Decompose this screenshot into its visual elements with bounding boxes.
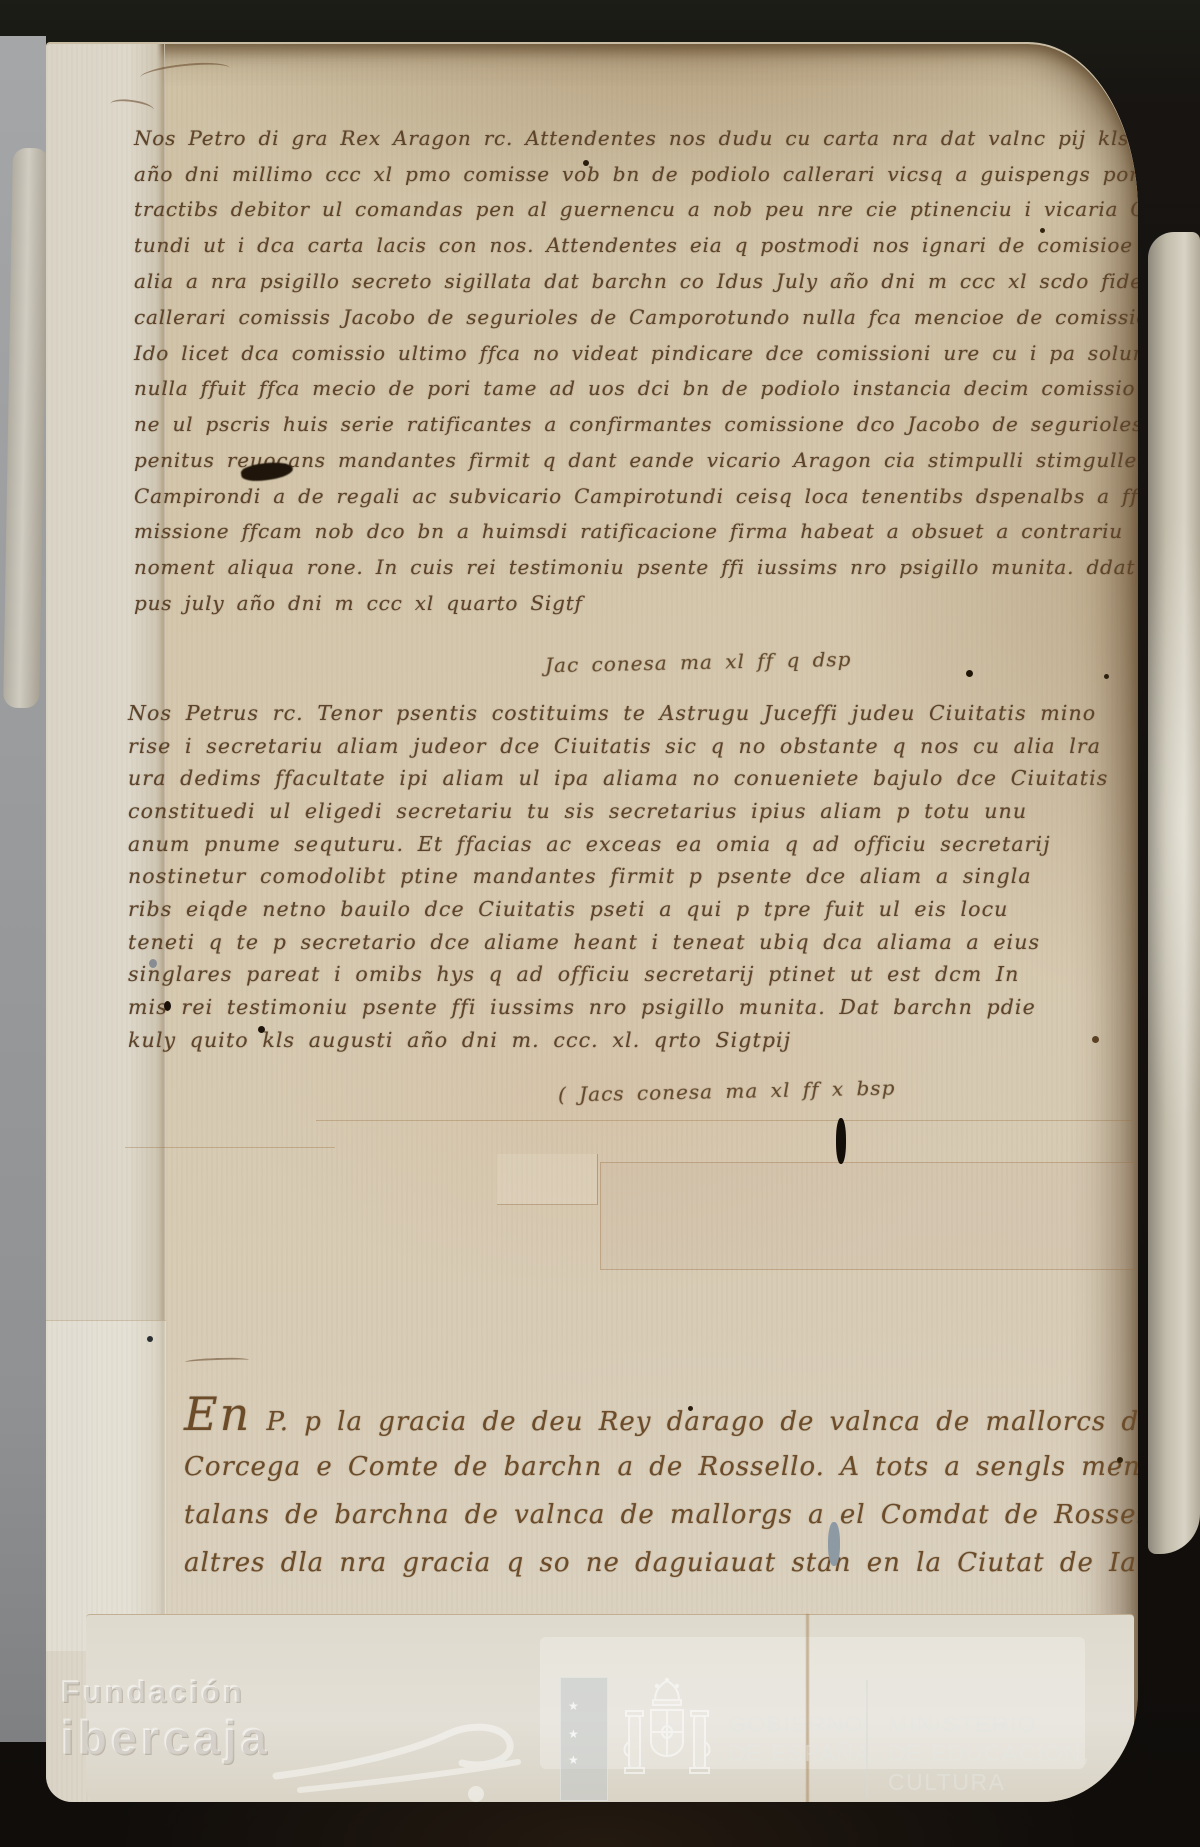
ministry-name-line2: DE EDUCACIÓN, CULTURA xyxy=(888,1739,1138,1797)
manuscript-line: altres dla nra gracia q so ne daguiauat … xyxy=(184,1548,1138,1578)
manuscript-line: tractibs debitor ul comandas pen al guer… xyxy=(134,197,1138,221)
patch-seam xyxy=(316,1120,1132,1121)
manuscript-line: constituedi ul eligedi secretariu tu sis… xyxy=(128,799,1027,823)
manuscript-line: Campirondi a de regali ac subvicario Cam… xyxy=(134,484,1138,508)
eu-star-icon: ★ xyxy=(568,1727,579,1741)
manuscript-line: singlares pareat i omibs hys q ad offici… xyxy=(128,962,1019,986)
government-name: GOBIERNO DE ESPAÑA xyxy=(728,1710,871,1768)
watermark-divider xyxy=(866,1680,868,1798)
ministry-name: MINISTERIO DE EDUCACIÓN, CULTURA Y DEPOR… xyxy=(888,1710,1138,1802)
patch-seam xyxy=(600,1162,1133,1270)
manuscript-line: teneti q te p secretario dce aliame hean… xyxy=(128,930,1040,954)
ink-spot xyxy=(688,1406,693,1411)
manuscript-line: pus july año dni m ccc xl quarto Sigtf xyxy=(134,591,583,615)
wormhole xyxy=(149,959,157,968)
manuscript-line: ne ul pscris huis serie ratificantes a c… xyxy=(134,412,1138,436)
manuscript-line: Nos Petro di gra Rex Aragon rc. Attenden… xyxy=(134,126,1138,150)
manuscript-line: mis rei testimoniu psente ffi iussims nr… xyxy=(128,995,1036,1019)
manuscript-line: alia a nra psigillo secreto sigillata da… xyxy=(134,269,1138,293)
manuscript-line: En P. p la gracia de deu Rey darago de v… xyxy=(184,1404,1138,1437)
manuscript-line: nostinetur comodolibt ptine mandantes fi… xyxy=(128,864,1032,888)
manuscript-line: rise i secretariu aliam judeor dce Ciuit… xyxy=(128,734,1101,758)
manuscript-line: ribs eiqde netno bauilo dce Ciuitatis ps… xyxy=(128,897,1008,921)
eu-star-icon: ★ xyxy=(568,1699,579,1713)
ministry-name-line1: MINISTERIO xyxy=(888,1710,1138,1739)
manuscript-line: missione ffcam nob dco bn a huimsdi rati… xyxy=(134,519,1123,543)
manuscript-line: nulla ffuit ffca mecio de pori tame ad u… xyxy=(134,376,1135,400)
manuscript-line: kuly quito kls augusti año dni m. ccc. x… xyxy=(128,1028,791,1052)
ink-spot xyxy=(258,1026,265,1033)
illuminated-initial: En xyxy=(184,1387,251,1441)
manuscript-line: talans de barchna de valnca de mallorgs … xyxy=(184,1500,1138,1530)
ink-drip xyxy=(828,1522,840,1566)
eu-star-icon: ★ xyxy=(568,1753,579,1767)
government-name-line2: DE ESPAÑA xyxy=(728,1739,871,1768)
ink-spot xyxy=(164,1001,171,1011)
government-name-line1: GOBIERNO xyxy=(728,1710,871,1739)
ink-spot xyxy=(1040,228,1045,233)
spain-coat-of-arms-icon xyxy=(621,1676,713,1798)
wormhole xyxy=(147,1336,153,1342)
manuscript-line: Corcega e Comte de barchn a de Rossello.… xyxy=(184,1452,1138,1482)
manuscript-line: año dni millimo ccc xl pmo comisse vob b… xyxy=(134,162,1138,186)
manuscript-line: Ido licet dca comissio ultimo ffca no vi… xyxy=(134,341,1138,365)
next-folio-edge xyxy=(1148,232,1200,1554)
manuscript-page: Nos Petro di gra Rex Aragon rc. Attenden… xyxy=(46,42,1138,1802)
ink-spot xyxy=(1104,674,1109,679)
watermark-foundation-name: Fundación xyxy=(61,1674,245,1710)
ministry-name-line3: Y DEPORTE xyxy=(888,1797,1138,1802)
manuscript-line: callerari comissis Jacobo de segurioles … xyxy=(134,305,1138,329)
paper-crease xyxy=(806,1614,809,1802)
ink-spot xyxy=(966,670,973,677)
patch-seam xyxy=(125,1147,335,1148)
ink-drip xyxy=(836,1118,846,1164)
ibercaja-swoosh-icon xyxy=(270,1706,530,1802)
manuscript-photo: Nos Petro di gra Rex Aragon rc. Attenden… xyxy=(0,0,1200,1847)
ink-spot xyxy=(1117,1457,1123,1463)
manuscript-line: noment aliqua rone. In cuis rei testimon… xyxy=(134,555,1138,579)
watermark-foundation-brand: ibercaja xyxy=(61,1710,271,1765)
manuscript-line: anum pnume sequturu. Et ffacias ac excea… xyxy=(128,832,1051,856)
ink-spot xyxy=(1092,1036,1099,1043)
manuscript-line: ura dedims ffacultate ipi aliam ul ipa a… xyxy=(128,766,1108,790)
manuscript-line-text: P. p la gracia de deu Rey darago de valn… xyxy=(251,1407,1138,1437)
patch-seam xyxy=(497,1154,598,1205)
manuscript-line: tundi ut i dca carta lacis con nos. Atte… xyxy=(134,233,1138,257)
manuscript-line: Nos Petrus rc. Tenor psentis costituims … xyxy=(128,701,1096,725)
ink-spot xyxy=(583,160,589,166)
